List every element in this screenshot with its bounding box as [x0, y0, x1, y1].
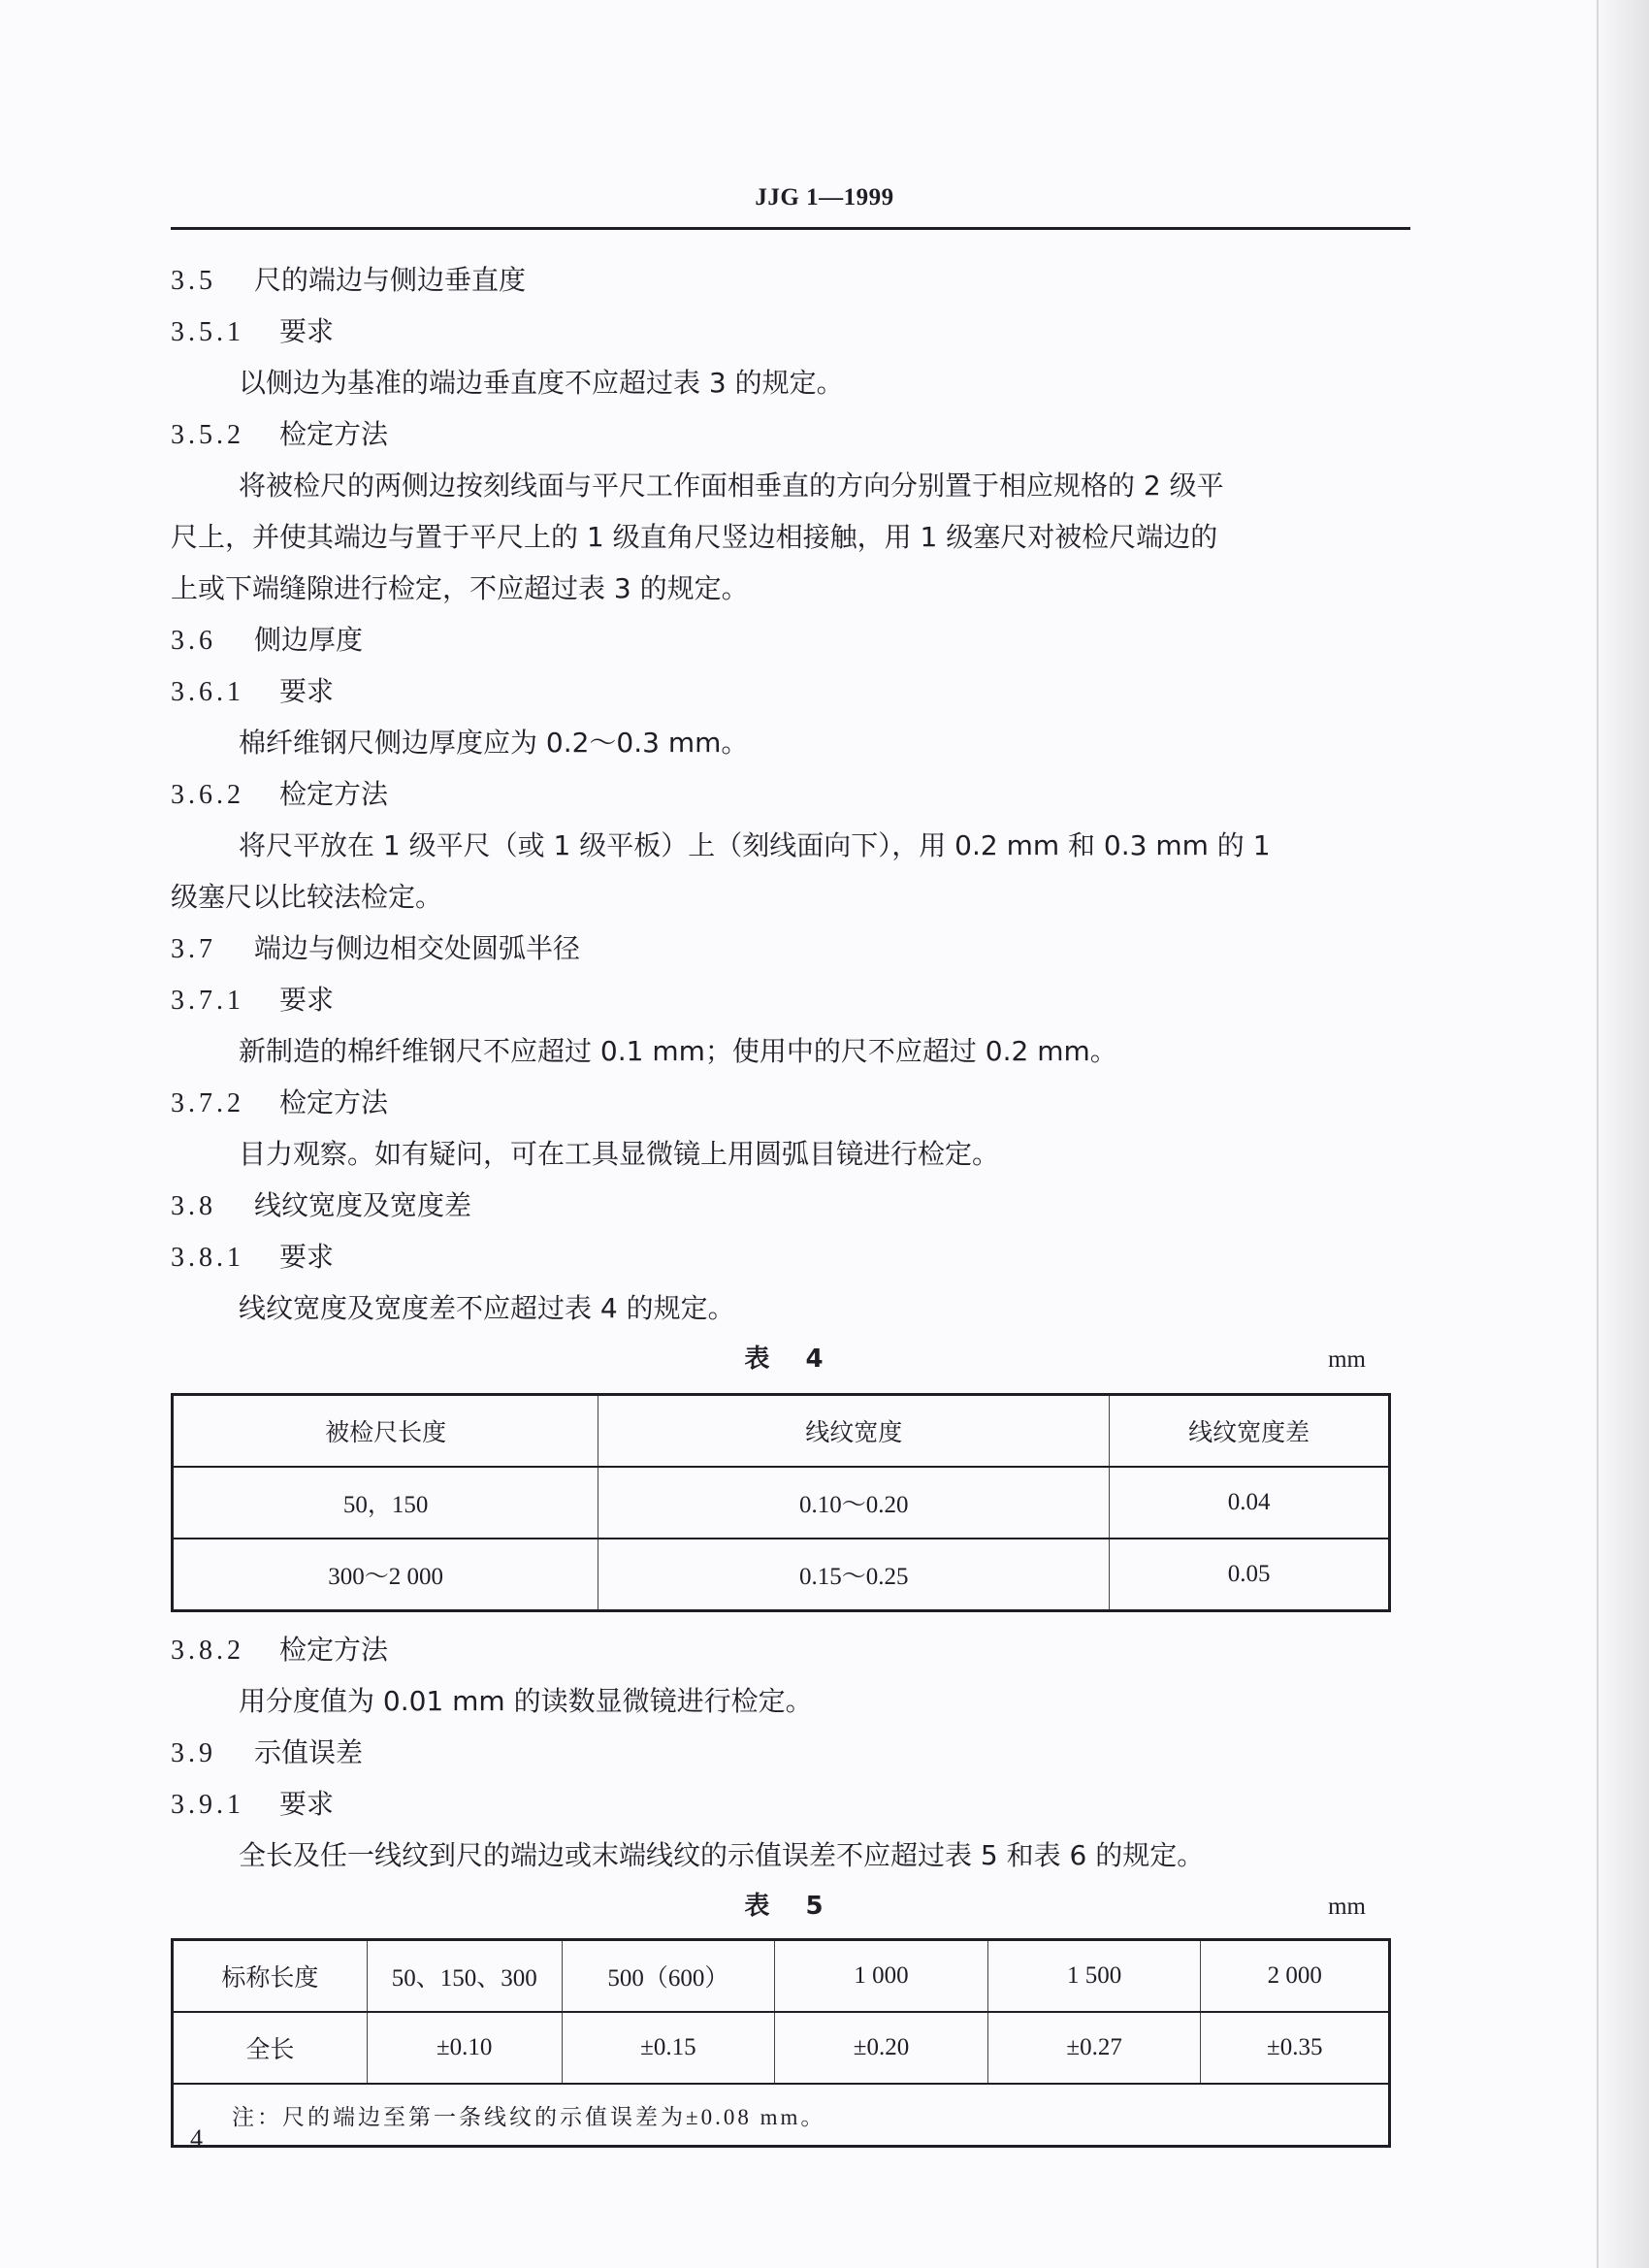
paragraph: 线纹宽度及宽度差不应超过表 4 的规定。 — [171, 1282, 1412, 1334]
paragraph: 目力观察。如有疑问，可在工具显微镜上用圆弧目镜进行检定。 — [171, 1128, 1412, 1180]
table-4-title: 表 4 — [171, 1334, 1410, 1385]
scan-edge-shadow — [1591, 0, 1649, 2268]
table-header-cell: 线纹宽度 — [598, 1395, 1110, 1468]
table-cell: 50，150 — [173, 1467, 598, 1539]
table-cell: 50、150、300 — [367, 1940, 562, 2013]
section-3-7-2: 3.7.2检定方法 — [171, 1077, 1412, 1128]
scan-edge-line — [1597, 0, 1599, 2268]
table-5-unit: mm — [1328, 1881, 1366, 1932]
table-cell: 2 000 — [1201, 1940, 1390, 2013]
table-cell: ±0.35 — [1201, 2012, 1390, 2084]
table-cell: 1 500 — [987, 1940, 1201, 2013]
table-note-row: 注：尺的端边至第一条线纹的示值误差为±0.08 mm。 — [173, 2084, 1390, 2147]
table-cell: ±0.15 — [562, 2012, 775, 2084]
table-cell: 1 000 — [775, 1940, 988, 2013]
table-row-header: 标称长度 — [173, 1940, 368, 2013]
table-header-cell: 线纹宽度差 — [1110, 1395, 1390, 1468]
table-row-nominal-length: 标称长度 50、150、300 500（600） 1 000 1 500 2 0… — [173, 1940, 1390, 2013]
paragraph-line: 将被检尺的两侧边按刻线面与平尺工作面相垂直的方向分别置于相应规格的 2 级平 — [171, 460, 1412, 511]
table-row: 300～2 000 0.15～0.25 0.05 — [173, 1539, 1390, 1611]
paragraph: 全长及任一线纹到尺的端边或末端线纹的示值误差不应超过表 5 和表 6 的规定。 — [171, 1830, 1412, 1881]
section-3-7-1: 3.7.1要求 — [171, 974, 1412, 1025]
table-cell: 500（600） — [562, 1940, 775, 2013]
section-3-7: 3.7端边与侧边相交处圆弧半径 — [171, 923, 1412, 974]
table-header-cell: 被检尺长度 — [173, 1395, 598, 1468]
document-body: 3.5尺的端边与侧边垂直度 3.5.1要求 以侧边为基准的端边垂直度不应超过表 … — [171, 254, 1412, 2148]
table-cell: ±0.27 — [987, 2012, 1201, 2084]
table-cell: 0.04 — [1110, 1467, 1390, 1539]
table-row-header: 全长 — [173, 2012, 368, 2084]
page-number: 4 — [190, 2124, 203, 2154]
table-cell: 300～2 000 — [173, 1539, 598, 1611]
table-4-caption: 表 4 mm — [171, 1334, 1412, 1385]
section-3-6-1: 3.6.1要求 — [171, 665, 1412, 717]
paragraph: 用分度值为 0.01 mm 的读数显微镜进行检定。 — [171, 1675, 1412, 1727]
paragraph-line: 上或下端缝隙进行检定，不应超过表 3 的规定。 — [171, 563, 1412, 614]
page-header-standard-code: JJG 1—1999 — [0, 184, 1649, 211]
section-3-5: 3.5尺的端边与侧边垂直度 — [171, 254, 1412, 306]
table-note: 注：尺的端边至第一条线纹的示值误差为±0.08 mm。 — [173, 2084, 1390, 2147]
header-rule — [171, 227, 1410, 230]
table-5-caption: 表 5 mm — [171, 1881, 1412, 1932]
table-5-title: 表 5 — [171, 1881, 1410, 1932]
section-3-8-2: 3.8.2检定方法 — [171, 1624, 1412, 1675]
table-cell: 0.05 — [1110, 1539, 1390, 1611]
table-cell: 0.10～0.20 — [598, 1467, 1110, 1539]
paragraph: 以侧边为基准的端边垂直度不应超过表 3 的规定。 — [171, 357, 1412, 408]
paragraph: 棉纤维钢尺侧边厚度应为 0.2～0.3 mm。 — [171, 717, 1412, 768]
paragraph-line: 级塞尺以比较法检定。 — [171, 871, 1412, 923]
section-3-9-1: 3.9.1要求 — [171, 1778, 1412, 1830]
table-cell: 0.15～0.25 — [598, 1539, 1110, 1611]
section-3-6: 3.6侧边厚度 — [171, 614, 1412, 665]
table-cell: ±0.10 — [367, 2012, 562, 2084]
table-row: 50，150 0.10～0.20 0.04 — [173, 1467, 1390, 1539]
paragraph: 新制造的棉纤维钢尺不应超过 0.1 mm；使用中的尺不应超过 0.2 mm。 — [171, 1025, 1412, 1077]
section-3-9: 3.9示值误差 — [171, 1727, 1412, 1778]
table-4-unit: mm — [1328, 1334, 1366, 1385]
section-3-5-1: 3.5.1要求 — [171, 306, 1412, 357]
section-3-8: 3.8线纹宽度及宽度差 — [171, 1180, 1412, 1231]
table-header-row: 被检尺长度 线纹宽度 线纹宽度差 — [173, 1395, 1390, 1468]
table-row-full-length: 全长 ±0.10 ±0.15 ±0.20 ±0.27 ±0.35 — [173, 2012, 1390, 2084]
paragraph-line: 将尺平放在 1 级平尺（或 1 级平板）上（刻线面向下），用 0.2 mm 和 … — [171, 820, 1412, 871]
section-3-5-2: 3.5.2检定方法 — [171, 408, 1412, 460]
table-5: 标称长度 50、150、300 500（600） 1 000 1 500 2 0… — [171, 1938, 1391, 2148]
table-cell: ±0.20 — [775, 2012, 988, 2084]
table-4: 被检尺长度 线纹宽度 线纹宽度差 50，150 0.10～0.20 0.04 3… — [171, 1393, 1391, 1612]
paragraph-line: 尺上，并使其端边与置于平尺上的 1 级直角尺竖边相接触，用 1 级塞尺对被检尺端… — [171, 511, 1412, 563]
section-3-6-2: 3.6.2检定方法 — [171, 768, 1412, 820]
section-3-8-1: 3.8.1要求 — [171, 1231, 1412, 1282]
